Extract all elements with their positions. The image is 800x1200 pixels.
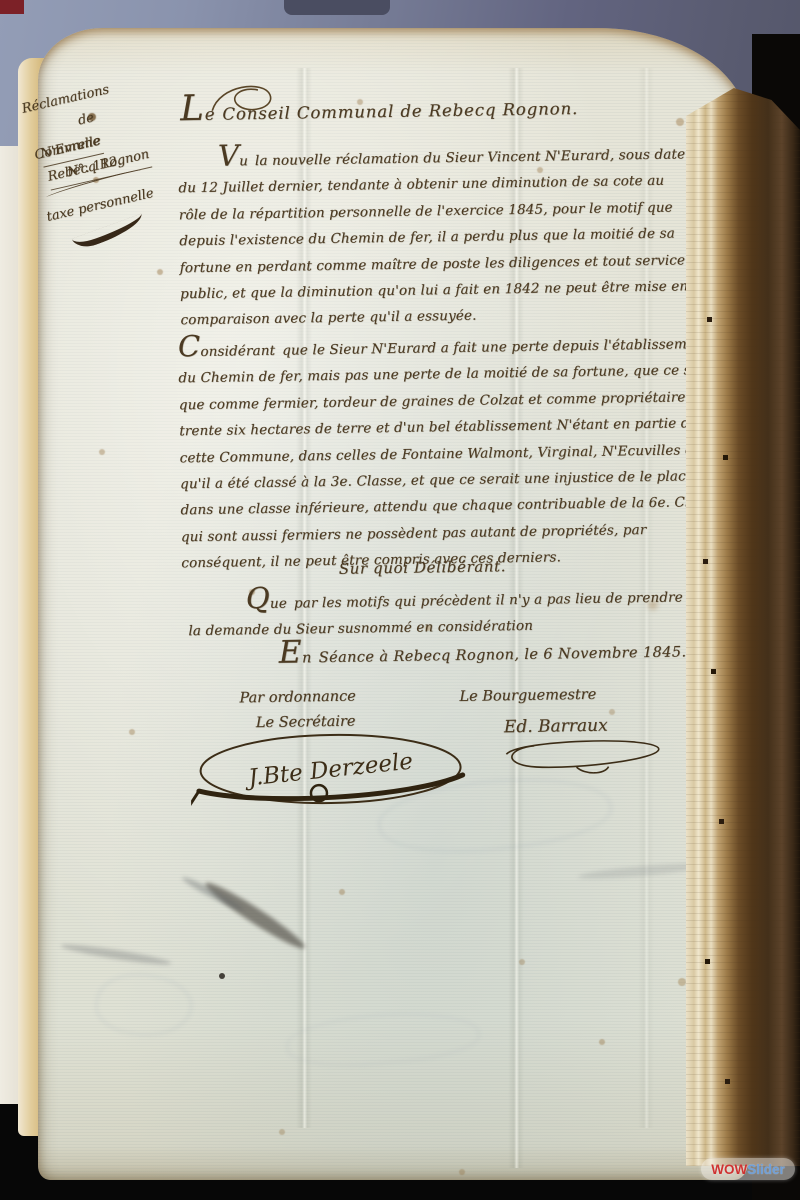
desk-shadow-notch	[284, 0, 390, 15]
date-text: Séance à Rebecq Rognon, le 6 Novembre 18…	[319, 644, 687, 666]
handwritten-text-layer: Réclamations de N'Evrelle Commune Rebecq…	[29, 22, 757, 1185]
paragraph-considerant: Considérantque le Sieur N'Eurard a fait …	[178, 331, 736, 577]
paragraph-initial: Considérant	[178, 338, 276, 366]
date-initial: En	[279, 650, 312, 667]
manuscript-line-text: par les motifs qui précèdent il n'y a pa…	[294, 589, 683, 611]
paragraph-resolution: Quepar les motifs qui précèdent il n'y a…	[188, 584, 684, 645]
secretary-signature-name: J.Bte Derzeele	[243, 749, 414, 792]
burgomaster-signature-block: Le Bourguemestre Ed. Barraux	[459, 683, 608, 741]
wowslider-watermark[interactable]: WOWSlider	[701, 1158, 795, 1180]
book-cover-corner	[0, 0, 24, 14]
burgomaster-signature-flourish	[488, 736, 679, 781]
stack-ink-marks	[700, 200, 703, 203]
watermark-slider: Slider	[747, 1162, 785, 1177]
watermark-wow: WOW	[711, 1162, 747, 1177]
secretary-signature-flourish: J.Bte Derzeele	[190, 725, 477, 817]
paragraph-vu: Vula nouvelle réclamation du Sieur Vince…	[178, 141, 689, 334]
manuscript-line-text: la nouvelle réclamation du Sieur Vincent…	[255, 146, 685, 169]
heading-initial: Le	[180, 105, 215, 125]
paragraph-initial: Que	[246, 591, 287, 618]
page-stack-fore-edge	[686, 88, 800, 1166]
paragraph-initial: Vu	[218, 148, 248, 175]
foxing-specks	[38, 28, 42, 32]
by-order-label: Par ordonnance	[239, 685, 356, 712]
manuscript-line-text: que le Sieur N'Eurard a fait une perte d…	[282, 336, 709, 359]
date-line: EnSéance à Rebecq Rognon, le 6 Novembre …	[279, 644, 687, 666]
burgomaster-title: Le Bourguemestre	[459, 683, 607, 710]
